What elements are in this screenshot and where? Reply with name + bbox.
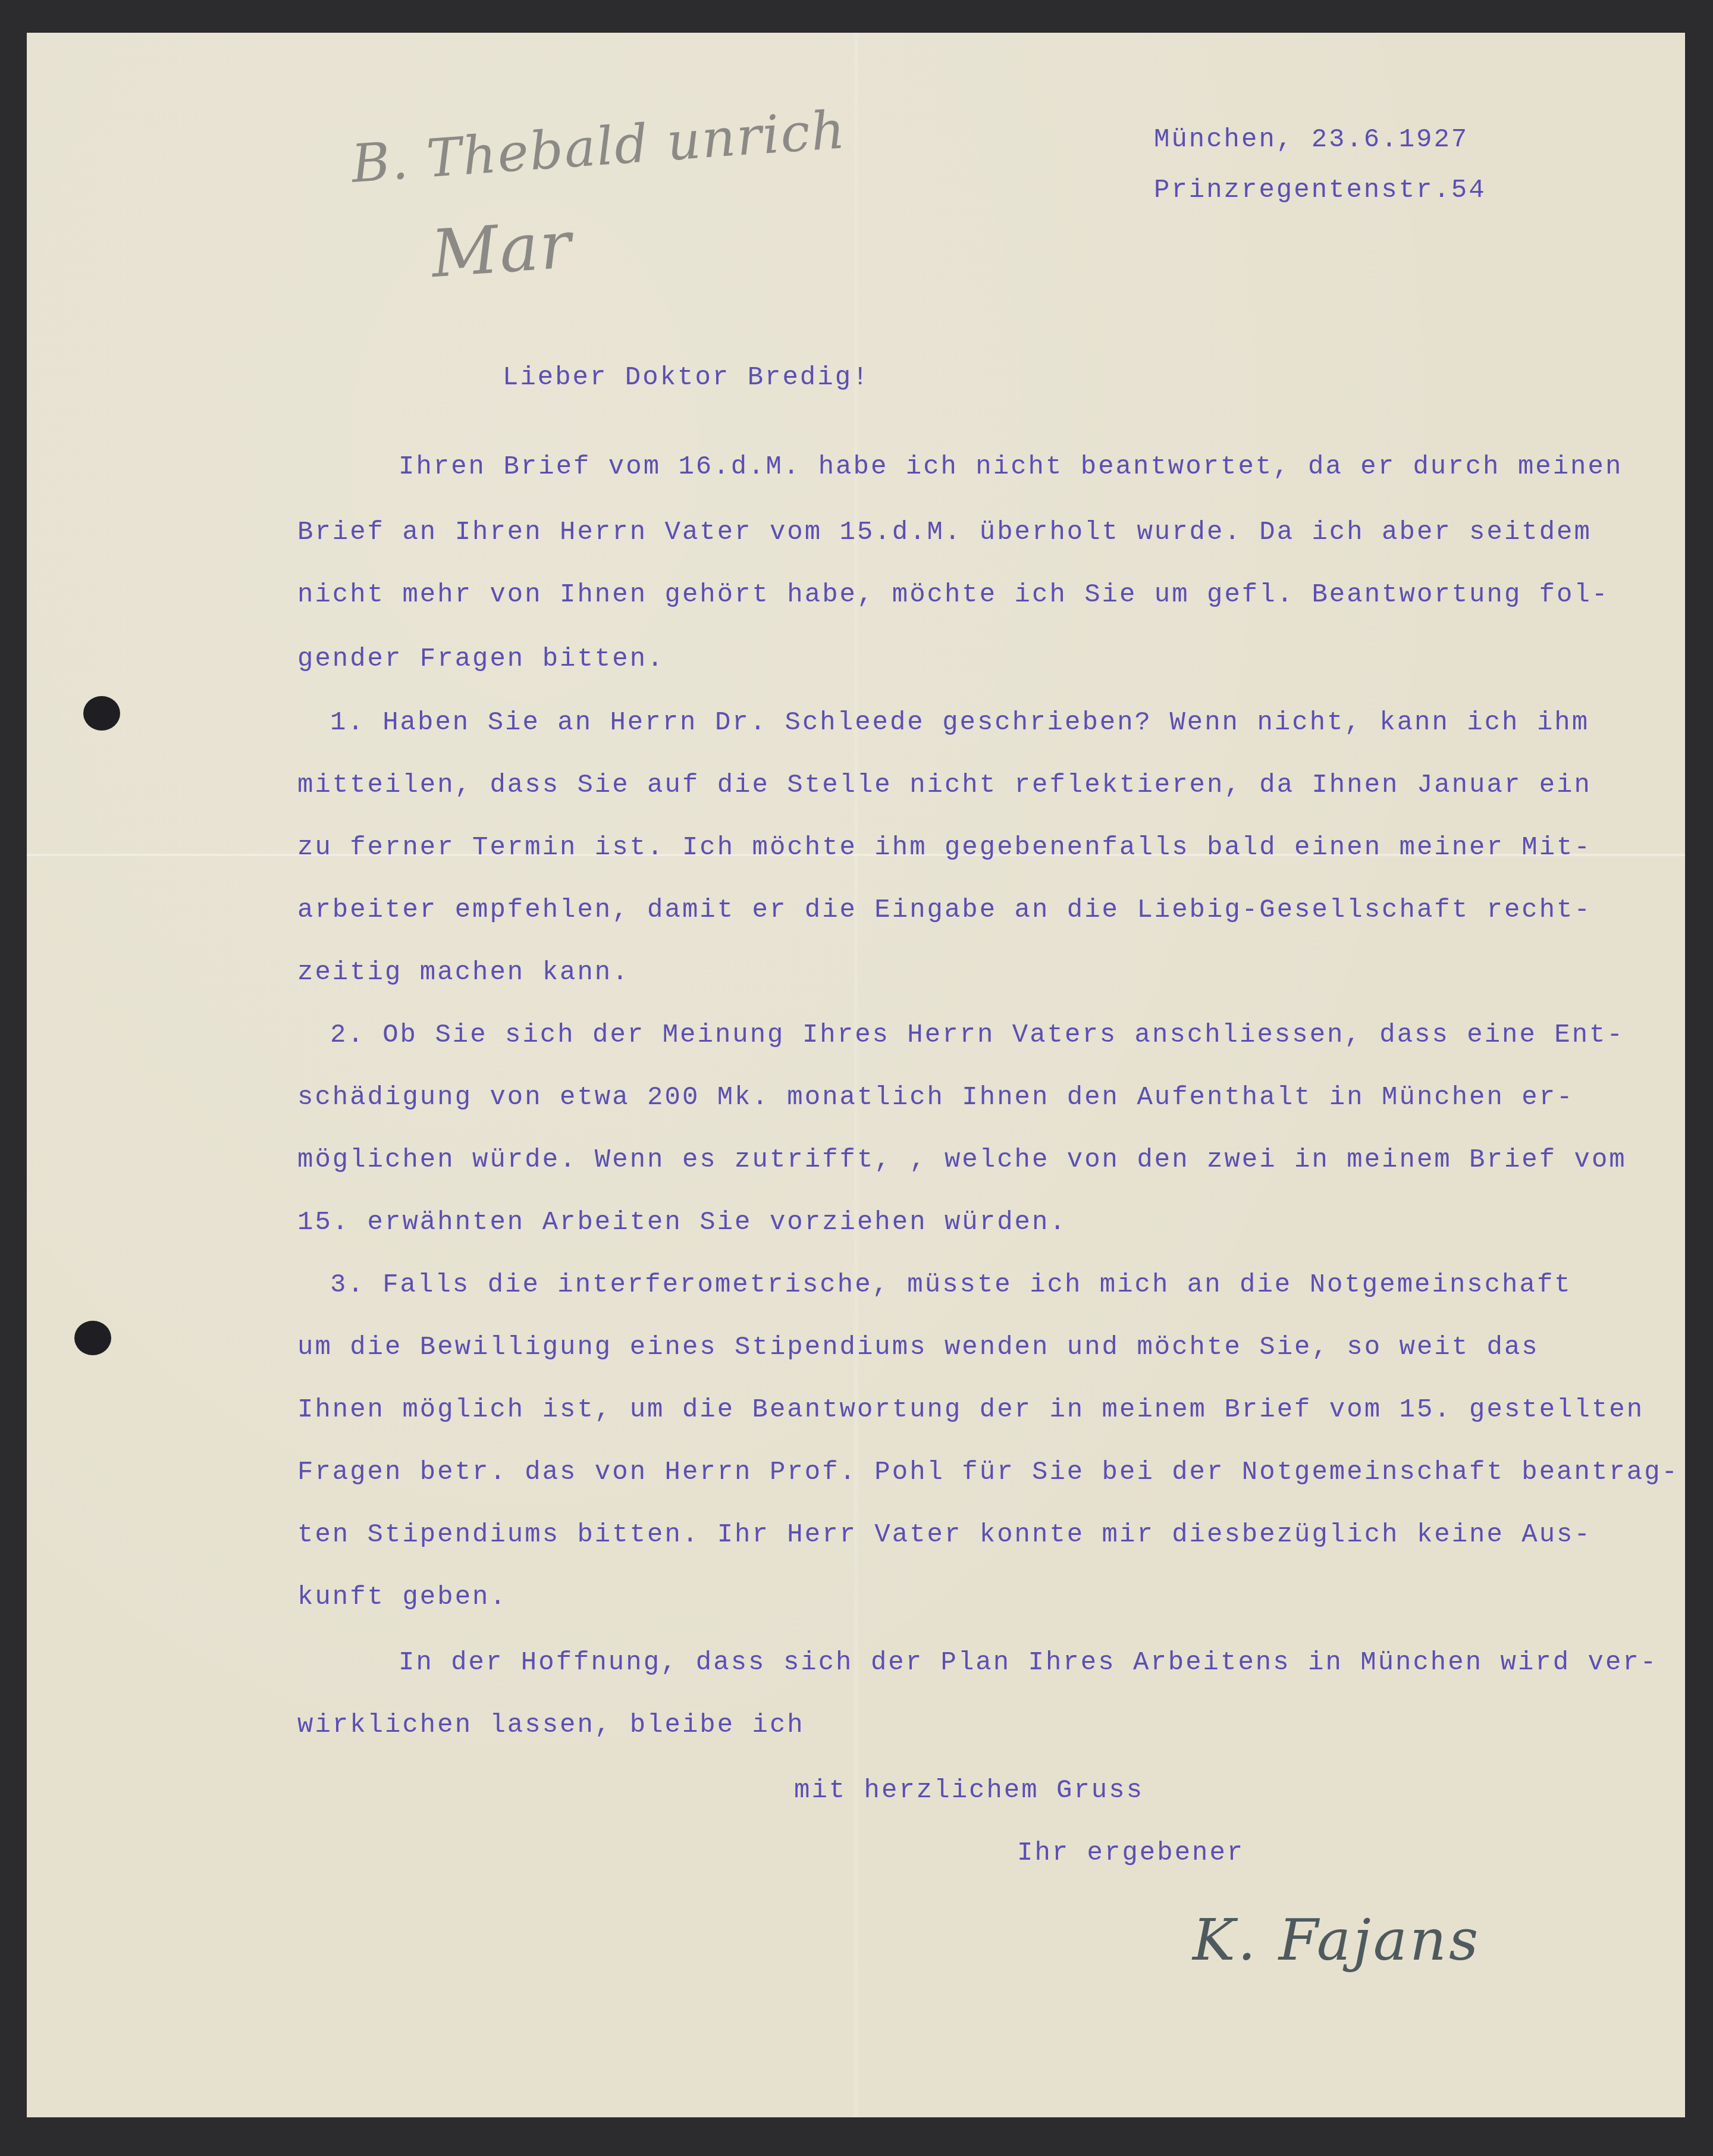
pencil-annotation-line2: Mar	[429, 206, 575, 292]
pencil-annotation-line1: B. Thebald unrich	[349, 99, 848, 195]
body-line: um die Bewilligung eines Stipendiums wen…	[297, 1333, 1539, 1362]
sender-address: Prinzregentenstr.54	[1154, 176, 1486, 205]
body-line: Brief an Ihren Herrn Vater vom 15.d.M. ü…	[297, 518, 1592, 547]
body-line: Ihren Brief vom 16.d.M. habe ich nicht b…	[399, 452, 1623, 482]
body-line: schädigung von etwa 200 Mk. monatlich Ih…	[297, 1083, 1574, 1113]
closing-greeting: mit herzlichem Gruss	[794, 1776, 1144, 1806]
punch-hole-bottom	[74, 1321, 111, 1355]
body-line: Ihnen möglich ist, um die Beantwortung d…	[297, 1395, 1644, 1425]
signature: K. Fajans	[1193, 1907, 1480, 1973]
body-line: möglichen würde. Wenn es zutrifft, , wel…	[297, 1145, 1627, 1175]
body-line: In der Hoffnung, dass sich der Plan Ihre…	[399, 1648, 1658, 1678]
closing-valediction: Ihr ergebener	[1017, 1838, 1244, 1868]
body-line: Fragen betr. das von Herrn Prof. Pohl fü…	[297, 1458, 1679, 1487]
punch-hole-top	[83, 696, 120, 731]
body-line: arbeiter empfehlen, damit er die Eingabe…	[297, 895, 1592, 925]
body-line: mitteilen, dass Sie auf die Stelle nicht…	[297, 770, 1592, 800]
body-line: 2. Ob Sie sich der Meinung Ihres Herrn V…	[330, 1020, 1624, 1050]
body-line: zeitig machen kann.	[297, 958, 630, 988]
body-line: 3. Falls die interferometrische, müsste …	[330, 1270, 1572, 1300]
body-line: nicht mehr von Ihnen gehört habe, möchte…	[297, 580, 1609, 610]
salutation: Lieber Doktor Bredig!	[503, 363, 870, 393]
place-date: München, 23.6.1927	[1154, 125, 1469, 155]
body-line: zu ferner Termin ist. Ich möchte ihm geg…	[297, 833, 1592, 863]
body-line: kunft geben.	[297, 1582, 507, 1612]
body-line: gender Fragen bitten.	[297, 644, 665, 674]
body-line: wirklichen lassen, bleibe ich	[297, 1710, 805, 1740]
body-line: ten Stipendiums bitten. Ihr Herr Vater k…	[297, 1520, 1592, 1550]
letter-page: B. Thebald unrich Mar München, 23.6.1927…	[27, 33, 1685, 2117]
body-line: 1. Haben Sie an Herrn Dr. Schleede gesch…	[330, 708, 1589, 738]
body-line: 15. erwähnten Arbeiten Sie vorziehen wür…	[297, 1208, 1067, 1237]
